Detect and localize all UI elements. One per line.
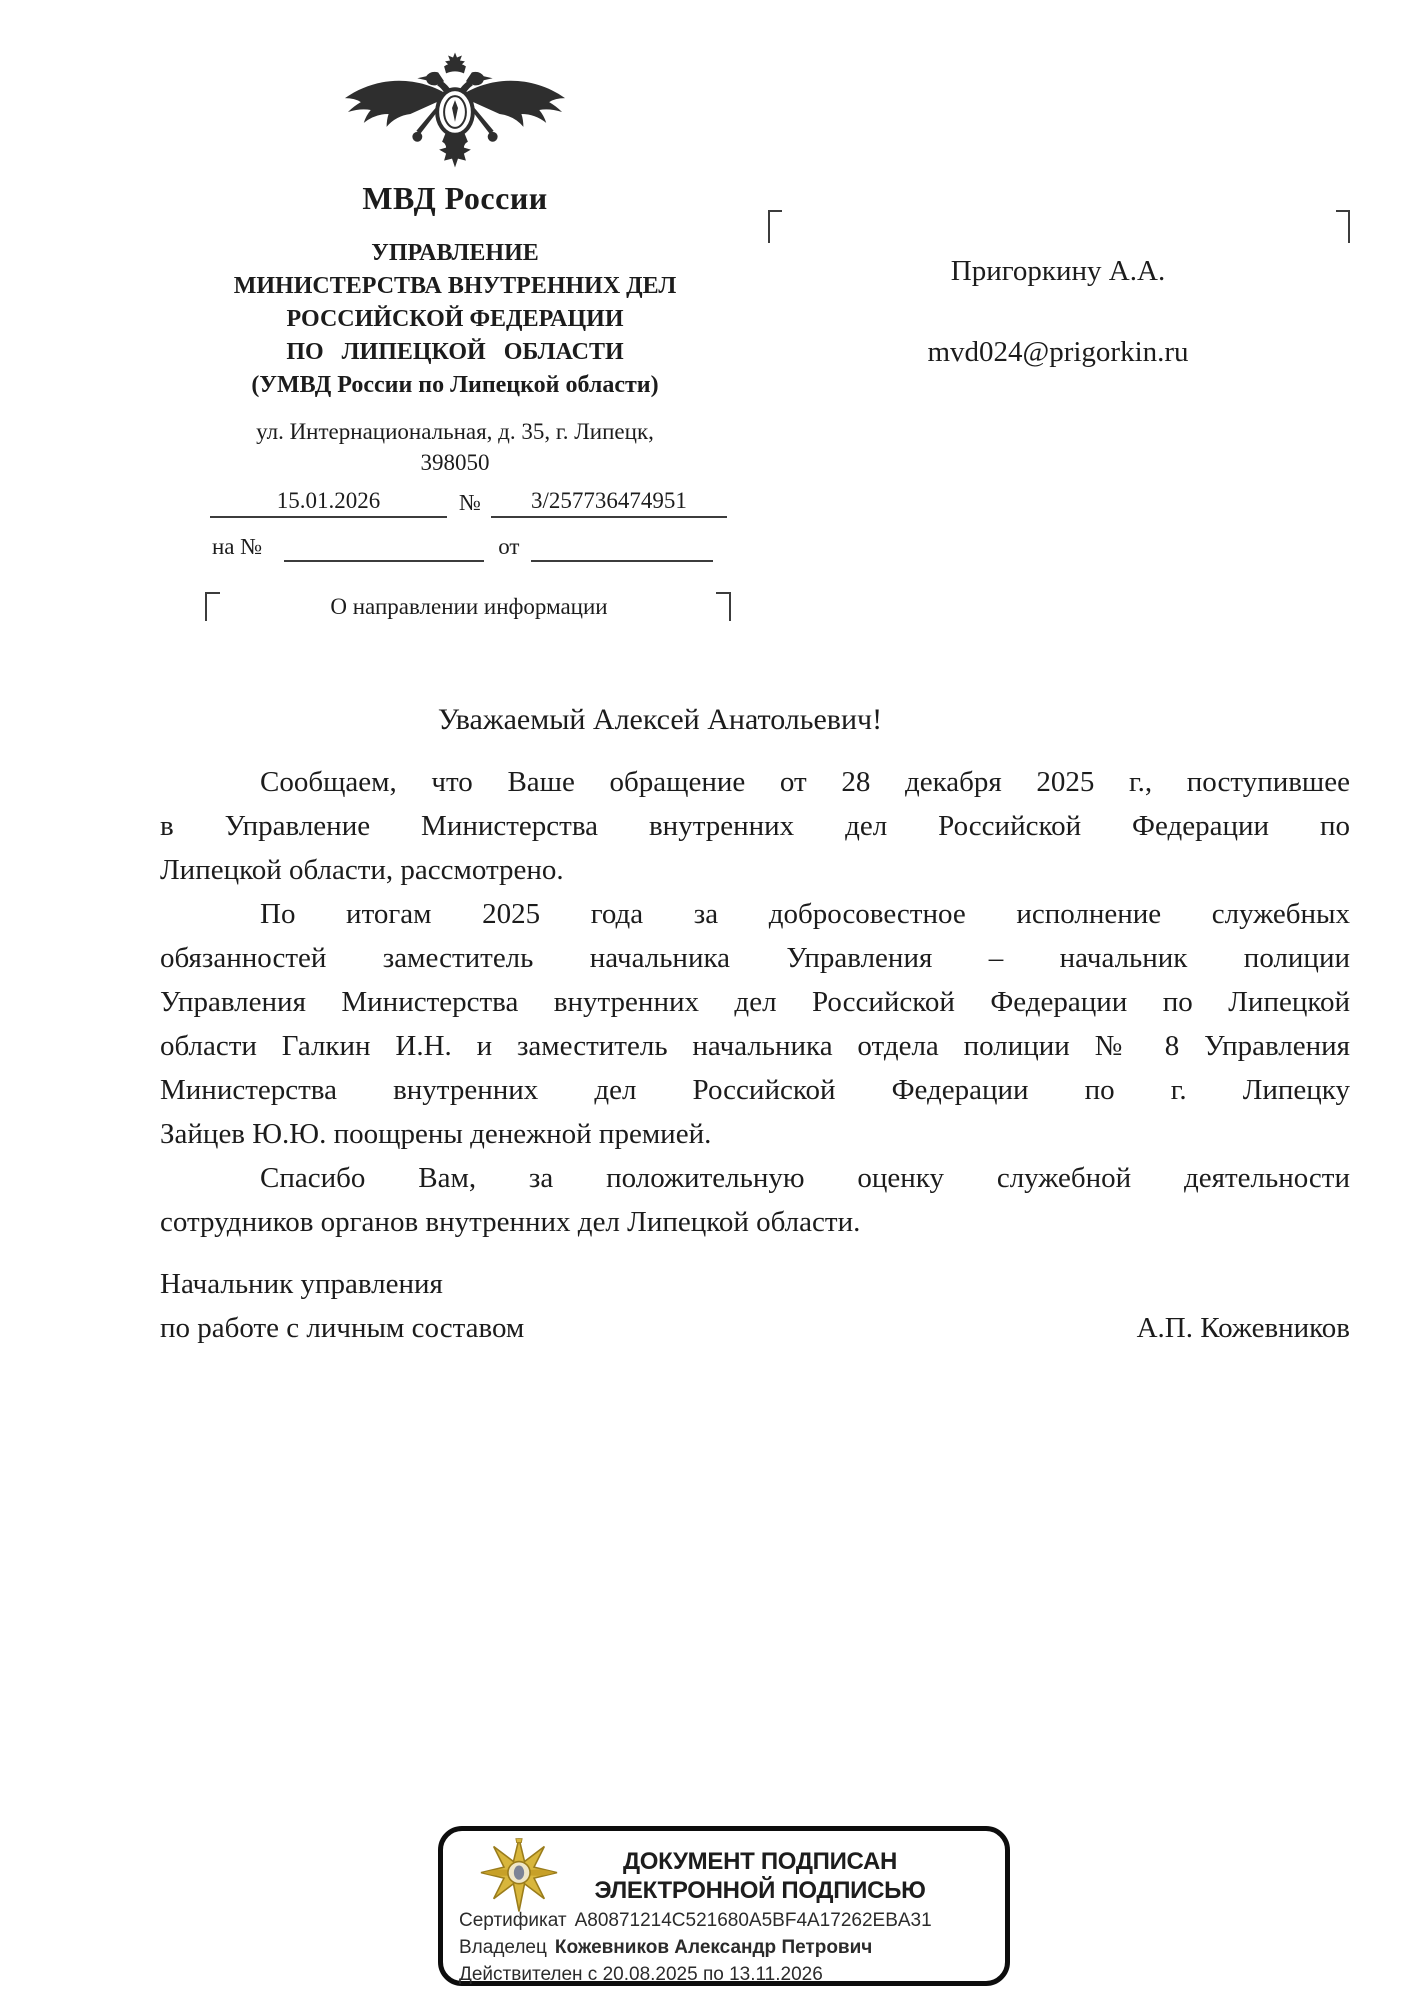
subject-line: О направлении информации (230, 594, 708, 620)
mvd-double-headed-eagle-icon (341, 50, 569, 172)
stamp-validity-line: Действителен с 20.08.2025 по 13.11.2026 (459, 1961, 997, 1988)
stamp-owner-line: ВладелецКожевников Александр Петрович (459, 1934, 997, 1961)
ref-prefix-label: на № (212, 534, 262, 562)
org-line: РОССИЙСКОЙ ФЕДЕРАЦИИ (160, 303, 750, 336)
org-address: ул. Интернациональная, д. 35, г. Липецк,… (160, 416, 750, 478)
recipient-email: mvd024@prigorkin.ru (768, 336, 1348, 369)
letter-page: МВД России УПРАВЛЕНИЕ МИНИСТЕРСТВА ВНУТР… (0, 0, 1414, 2000)
signer-title-line: Начальник управления (160, 1262, 524, 1306)
salutation: Уважаемый Алексей Анатольевич! (160, 703, 1160, 737)
stamp-title-line: ДОКУМЕНТ ПОДПИСАН (539, 1847, 981, 1876)
stamp-owner-label: Владелец (459, 1937, 547, 1958)
body-line: Сообщаем, что Ваше обращение от 28 декаб… (160, 760, 1350, 804)
body-line: Управления Министерства внутренних дел Р… (160, 980, 1350, 1024)
signer-title-line: по работе с личным составом (160, 1306, 524, 1350)
stamp-certificate-value: A80871214C521680A5BF4A17262EBA31 (575, 1910, 932, 1931)
body-line: области Галкин И.Н. и заместитель началь… (160, 1024, 1350, 1068)
ref-date-blank (531, 558, 713, 562)
org-line: МИНИСТЕРСТВА ВНУТРЕННИХ ДЕЛ (160, 270, 750, 303)
letter-number: 3/257736474951 (491, 488, 727, 518)
body-line: Зайцев Ю.Ю. поощрены денежной премией. (160, 1112, 1350, 1156)
signer-title: Начальник управления по работе с личным … (160, 1262, 524, 1350)
org-line: УПРАВЛЕНИЕ (160, 237, 750, 270)
corner-bracket-subject-left (205, 592, 220, 621)
org-address-line: 398050 (160, 447, 750, 478)
body-line: обязанностей заместитель начальника Упра… (160, 936, 1350, 980)
ref-from-label: от (498, 534, 519, 562)
org-address-line: ул. Интернациональная, д. 35, г. Липецк, (160, 416, 750, 447)
body-line: По итогам 2025 года за добросовестное ис… (160, 892, 1350, 936)
date-number-row: 15.01.2026 № 3/257736474951 (210, 488, 727, 518)
org-line: ПО ЛИПЕЦКОЙ ОБЛАСТИ (160, 336, 750, 369)
stamp-owner-value: Кожевников Александр Петрович (555, 1937, 872, 1958)
stamp-title: ДОКУМЕНТ ПОДПИСАН ЭЛЕКТРОННОЙ ПОДПИСЬЮ (539, 1847, 981, 1905)
number-sign: № (459, 490, 481, 518)
ref-number-blank (284, 558, 484, 562)
body-line: Министерства внутренних дел Российской Ф… (160, 1068, 1350, 1112)
stamp-certificate-label: Сертификат (459, 1910, 567, 1931)
body-line: в Управление Министерства внутренних дел… (160, 804, 1350, 848)
digital-signature-stamp: ДОКУМЕНТ ПОДПИСАН ЭЛЕКТРОННОЙ ПОДПИСЬЮ С… (438, 1826, 1010, 1986)
body-line: сотрудников органов внутренних дел Липец… (160, 1200, 1350, 1244)
stamp-info: СертификатA80871214C521680A5BF4A17262EBA… (459, 1907, 997, 1988)
body-line: Липецкой области, рассмотрено. (160, 848, 1350, 892)
reference-row: на № от (212, 534, 713, 562)
stamp-certificate-line: СертификатA80871214C521680A5BF4A17262EBA… (459, 1907, 997, 1934)
letter-date: 15.01.2026 (210, 488, 447, 518)
letter-body: Сообщаем, что Ваше обращение от 28 декаб… (160, 760, 1350, 1244)
corner-bracket-subject-right (716, 592, 731, 621)
signature-block: Начальник управления по работе с личным … (160, 1262, 1350, 1350)
corner-bracket-recipient-right (1336, 210, 1350, 243)
letterhead: МВД России УПРАВЛЕНИЕ МИНИСТЕРСТВА ВНУТР… (160, 50, 750, 478)
corner-bracket-recipient-left (768, 210, 782, 243)
stamp-title-line: ЭЛЕКТРОННОЙ ПОДПИСЬЮ (539, 1876, 981, 1905)
org-short-name: МВД России (160, 180, 750, 217)
org-full-name: УПРАВЛЕНИЕ МИНИСТЕРСТВА ВНУТРЕННИХ ДЕЛ Р… (160, 237, 750, 402)
signer-name: А.П. Кожевников (1137, 1306, 1350, 1350)
org-line: (УМВД России по Липецкой области) (160, 369, 750, 402)
body-line: Спасибо Вам, за положительную оценку слу… (160, 1156, 1350, 1200)
recipient-name: Пригоркину А.А. (768, 255, 1348, 288)
